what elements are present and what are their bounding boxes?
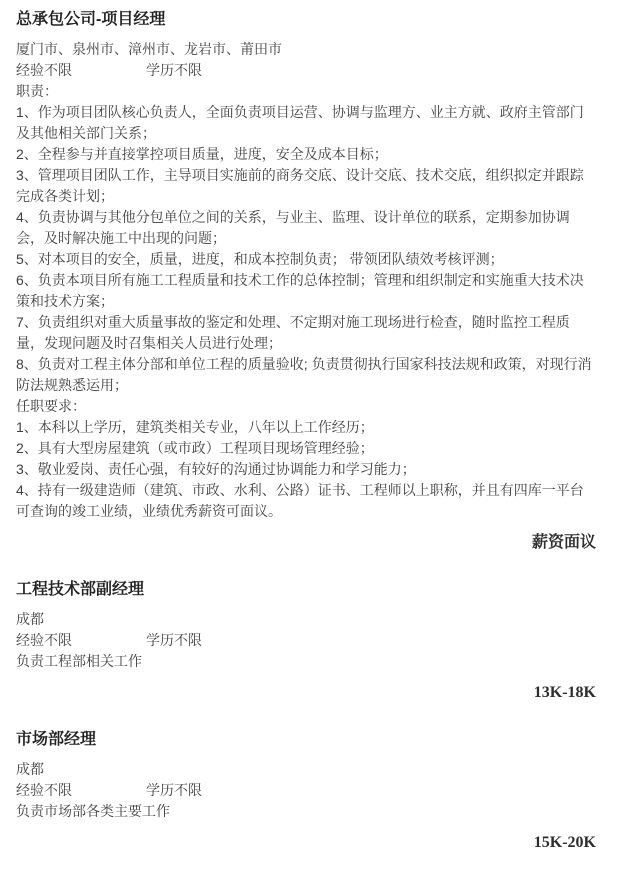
- job-meta: 经验不限学历不限: [16, 630, 596, 651]
- duty-item: 6、负责本项目所有施工工程质量和技术工作的总体控制；管理和组织制定和实施重大技术…: [16, 270, 596, 312]
- duty-item: 4、负责协调与其他分包单位之间的关系，与业主、监理、设计单位的联系，定期参加协调…: [16, 207, 596, 249]
- education-requirement: 学历不限: [146, 782, 202, 798]
- duty-item: 5、对本项目的安全，质量，进度，和成本控制负责； 带领团队绩效考核评测；: [16, 249, 596, 270]
- requirement-item: 3、敬业爱岗、责任心强，有较好的沟通过协调能力和学习能力；: [16, 459, 596, 480]
- requirement-item: 2、具有大型房屋建筑（或市政）工程项目现场管理经验；: [16, 438, 596, 459]
- experience-requirement: 经验不限: [16, 630, 146, 651]
- education-requirement: 学历不限: [146, 62, 202, 78]
- job-description: 负责工程部相关工作: [16, 651, 596, 672]
- duty-item: 2、全程参与并直接掌控项目质量，进度，安全及成本目标；: [16, 144, 596, 165]
- salary-label: 薪资面议: [16, 532, 596, 553]
- job-meta: 经验不限学历不限: [16, 60, 596, 81]
- job-title: 总承包公司-项目经理: [16, 10, 596, 30]
- job-posting-project-manager: 总承包公司-项目经理 厦门市、泉州市、漳州市、龙岩市、莆田市 经验不限学历不限 …: [16, 10, 596, 553]
- job-posting-engineering-deputy-manager: 工程技术部副经理 成都 经验不限学历不限 负责工程部相关工作 13K-18K: [16, 580, 596, 703]
- requirement-item: 1、本科以上学历，建筑类相关专业，八年以上工作经历；: [16, 417, 596, 438]
- job-listings-page: 总承包公司-项目经理 厦门市、泉州市、漳州市、龙岩市、莆田市 经验不限学历不限 …: [0, 0, 624, 877]
- duty-item: 1、作为项目团队核心负责人，全面负责项目运营、协调与监理方、业主方就、政府主管部…: [16, 102, 596, 144]
- education-requirement: 学历不限: [146, 632, 202, 648]
- salary-range: 13K-18K: [16, 682, 596, 703]
- experience-requirement: 经验不限: [16, 780, 146, 801]
- job-locations: 厦门市、泉州市、漳州市、龙岩市、莆田市: [16, 39, 596, 60]
- experience-requirement: 经验不限: [16, 60, 146, 81]
- salary-range: 15K-20K: [16, 832, 596, 853]
- job-locations: 成都: [16, 609, 596, 630]
- job-title: 市场部经理: [16, 730, 596, 750]
- duty-item: 3、管理项目团队工作，主导项目实施前的商务交底、设计交底、技术交底，组织拟定并跟…: [16, 165, 596, 207]
- job-title: 工程技术部副经理: [16, 580, 596, 600]
- duty-item: 7、负责组织对重大质量事故的鉴定和处理、不定期对施工现场进行检查，随时监控工程质…: [16, 312, 596, 354]
- job-meta: 经验不限学历不限: [16, 780, 596, 801]
- job-description: 负责市场部各类主要工作: [16, 801, 596, 822]
- duties-heading: 职责：: [16, 81, 596, 102]
- requirements-heading: 任职要求：: [16, 396, 596, 417]
- job-locations: 成都: [16, 759, 596, 780]
- job-posting-marketing-manager: 市场部经理 成都 经验不限学历不限 负责市场部各类主要工作 15K-20K: [16, 730, 596, 853]
- requirement-item: 4、持有一级建造师（建筑、市政、水利、公路）证书、工程师以上职称，并且有四库一平…: [16, 480, 596, 522]
- duty-item: 8、负责对工程主体分部和单位工程的质量验收; 负责贯彻执行国家科技法规和政策，对…: [16, 354, 596, 396]
